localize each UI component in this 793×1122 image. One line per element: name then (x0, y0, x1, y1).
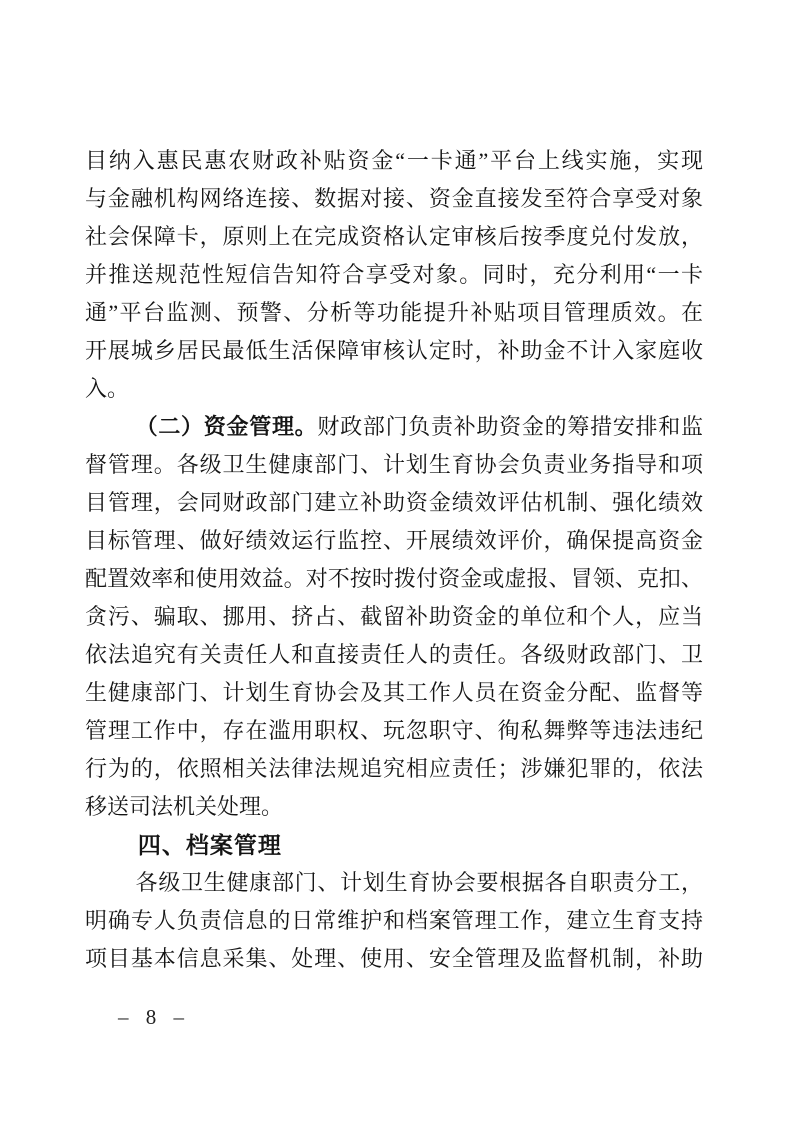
text-line: 生健康部门、计划生育协会及其工作人员在资金分配、监督等 (85, 674, 703, 712)
text-line: 社会保障卡，原则上在完成资格认定审核后按季度兑付发放， (85, 218, 703, 256)
text-line: 行为的，依照相关法律法规追究相应责任；涉嫌犯罪的，依法 (85, 750, 703, 788)
document-body: 目纳入惠民惠农财政补贴资金“一卡通”平台上线实施，实现与金融机构网络连接、数据对… (85, 142, 703, 978)
text-line: 配置效率和使用效益。对不按时拨付资金或虚报、冒领、克扣、 (85, 560, 703, 598)
text-line: 依法追究有关责任人和直接责任人的责任。各级财政部门、卫 (85, 636, 703, 674)
text-line: 入。 (85, 370, 703, 408)
text-line: 各级卫生健康部门、计划生育协会要根据各自职责分工， (85, 864, 703, 902)
text-line: 目标管理、做好绩效运行监控、开展绩效评价，确保提高资金 (85, 522, 703, 560)
text-line: 开展城乡居民最低生活保障审核认定时，补助金不计入家庭收 (85, 332, 703, 370)
text-line: 管理工作中，存在滥用职权、玩忽职守、徇私舞弊等违法违纪 (85, 712, 703, 750)
text-line: 督管理。各级卫生健康部门、计划生育协会负责业务指导和项 (85, 446, 703, 484)
text-line: 并推送规范性短信告知符合享受对象。同时，充分利用“一卡 (85, 256, 703, 294)
text-line: 目管理，会同财政部门建立补助资金绩效评估机制、强化绩效 (85, 484, 703, 522)
text-line: 移送司法机关处理。 (85, 788, 703, 826)
text-line: 贪污、骗取、挪用、挤占、截留补助资金的单位和个人，应当 (85, 598, 703, 636)
text-line: 与金融机构网络连接、数据对接、资金直接发至符合享受对象 (85, 180, 703, 218)
subsection-label: （二）资金管理。 (136, 414, 318, 439)
text-line: 项目基本信息采集、处理、使用、安全管理及监督机制，补助 (85, 940, 703, 978)
text-line: （二）资金管理。财政部门负责补助资金的筹措安排和监 (85, 408, 703, 446)
section-heading: 四、档案管理 (85, 826, 703, 864)
page-number: – 8 – (118, 1003, 190, 1031)
text-line: 明确专人负责信息的日常维护和档案管理工作，建立生育支持 (85, 902, 703, 940)
document-page: 目纳入惠民惠农财政补贴资金“一卡通”平台上线实施，实现与金融机构网络连接、数据对… (0, 0, 793, 1122)
text-line: 通”平台监测、预警、分析等功能提升补贴项目管理质效。在 (85, 294, 703, 332)
text-line: 目纳入惠民惠农财政补贴资金“一卡通”平台上线实施，实现 (85, 142, 703, 180)
